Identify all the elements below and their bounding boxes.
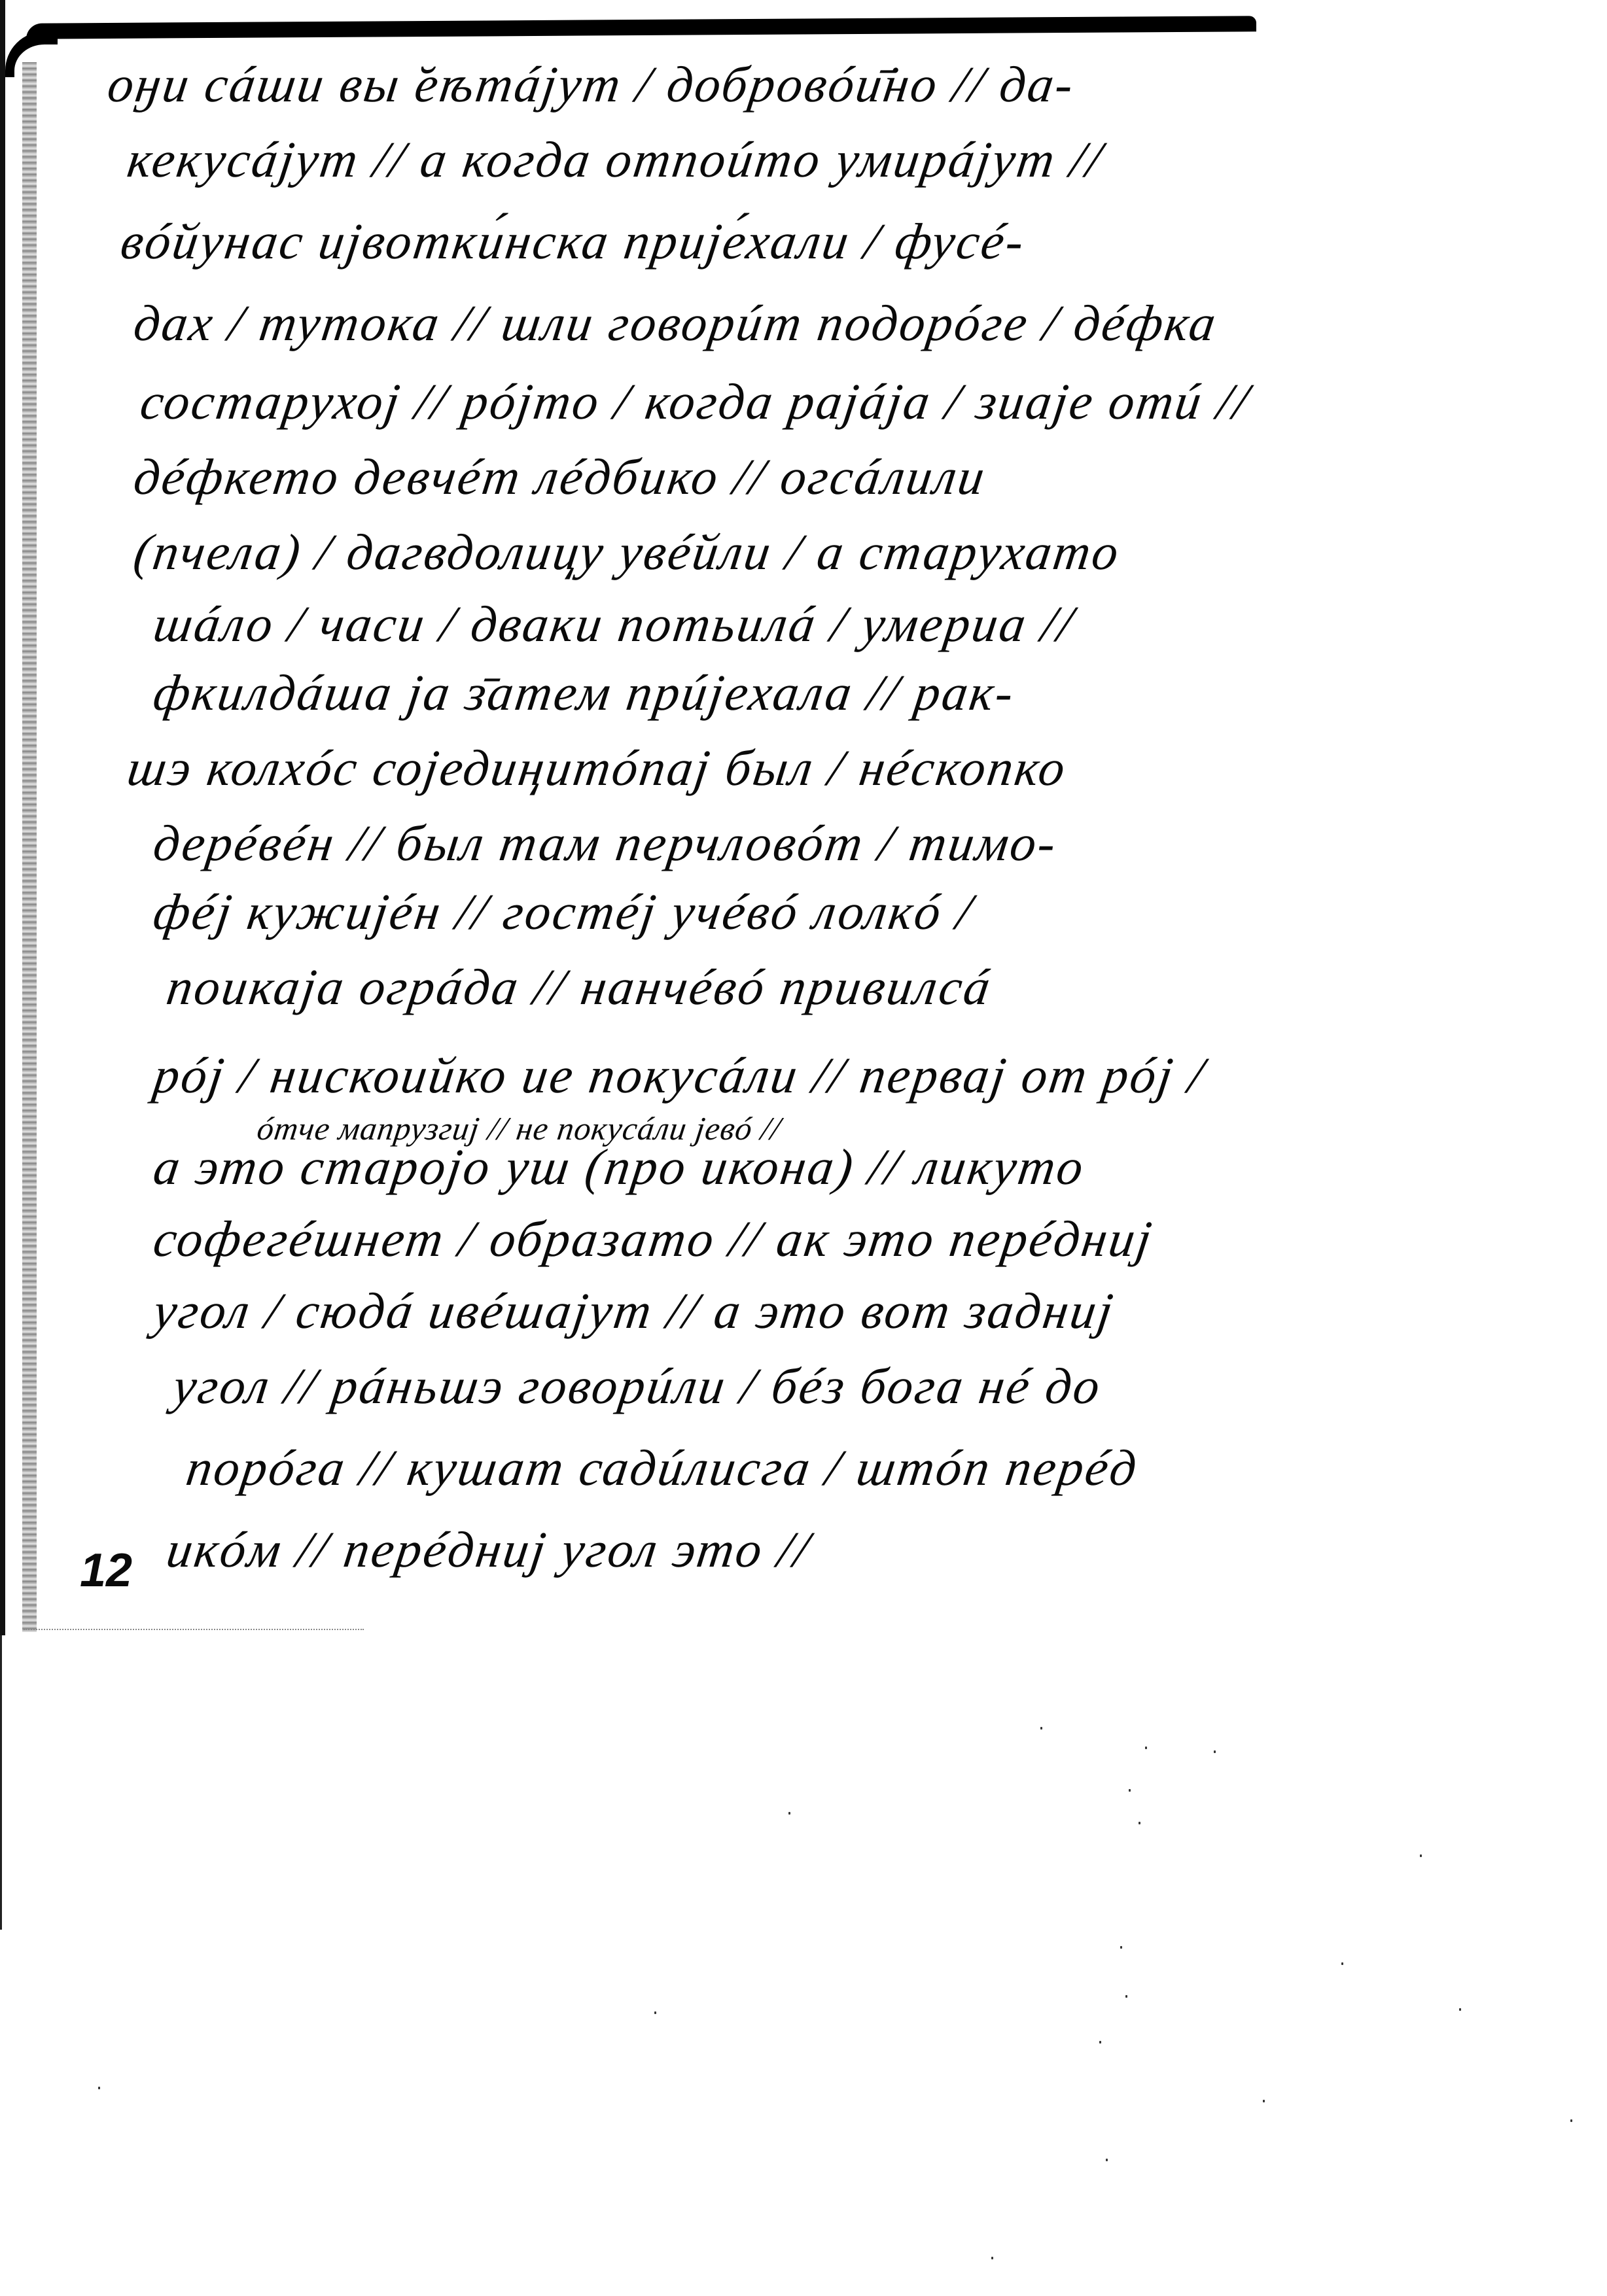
text-line: угол / сюдá ивéшајут // а это вот задниј: [150, 1285, 1118, 1336]
text-line: шáло / часи / дваки потьилá / умериа //: [150, 599, 1078, 650]
notebook-bottom-edge: [24, 1629, 364, 1631]
text-line: кекусáјут // а когда отпоúто умирáјут //: [124, 134, 1106, 185]
text-line: фéј кужијéн // гостéј учéвó лолкó /: [150, 886, 977, 937]
manuscript-page: оӈи сáши вы ̆еѣтáјут / добровóи̇̄но // д…: [0, 0, 1607, 2296]
text-line: икóм // перéдниј угол это //: [164, 1524, 814, 1575]
text-line: софегéшнет / образато // ак это перéдниј: [150, 1213, 1156, 1264]
text-line: дерéвéн // был там перчловóт / тимо-: [150, 818, 1061, 869]
text-line: угол // рáньшэ говорúли / бéз бога нé до: [170, 1361, 1105, 1412]
page-number: 12: [80, 1544, 132, 1597]
text-line: шэ колхóс соједиңитóпај был / нéскопко: [124, 742, 1070, 793]
text-line: а это старојо уш (про икона) // ликуто: [150, 1141, 1088, 1192]
text-line: дéфкето девчéт лéдбико // огсáлили: [131, 451, 989, 502]
text-line: вóйунас ијвотки́нска прије́хали / фусé-: [118, 216, 1029, 267]
text-line: фкилдáша ја з̄атем прúјехала // рак-: [150, 667, 1018, 718]
text-line: дах / тутока // шли говорúт подорóге / д…: [131, 298, 1221, 349]
notebook-top-corner: [5, 31, 58, 77]
notebook-binding-strip: [22, 62, 37, 1632]
text-line: порóга // кушат садúлисга / штóп перéд: [183, 1442, 1142, 1493]
scan-left-edge-lower: [0, 1635, 2, 1930]
text-line: состарухој // рóјто / когда рајáја / зиа…: [137, 376, 1254, 427]
text-line: рóј / нискоийко ие покусáли // первај от…: [150, 1050, 1209, 1101]
text-line: (пчела) / дагвдолицу увéйли / а старухат…: [131, 527, 1123, 578]
text-line: поикаја огрáда // нанчéвó привилсá: [164, 962, 995, 1013]
text-line: оӈи сáши вы ̆еѣтáјут / добровóи̇̄но // д…: [105, 59, 1078, 110]
scan-left-edge: [0, 0, 5, 1635]
notebook-top-border: [26, 16, 1256, 39]
